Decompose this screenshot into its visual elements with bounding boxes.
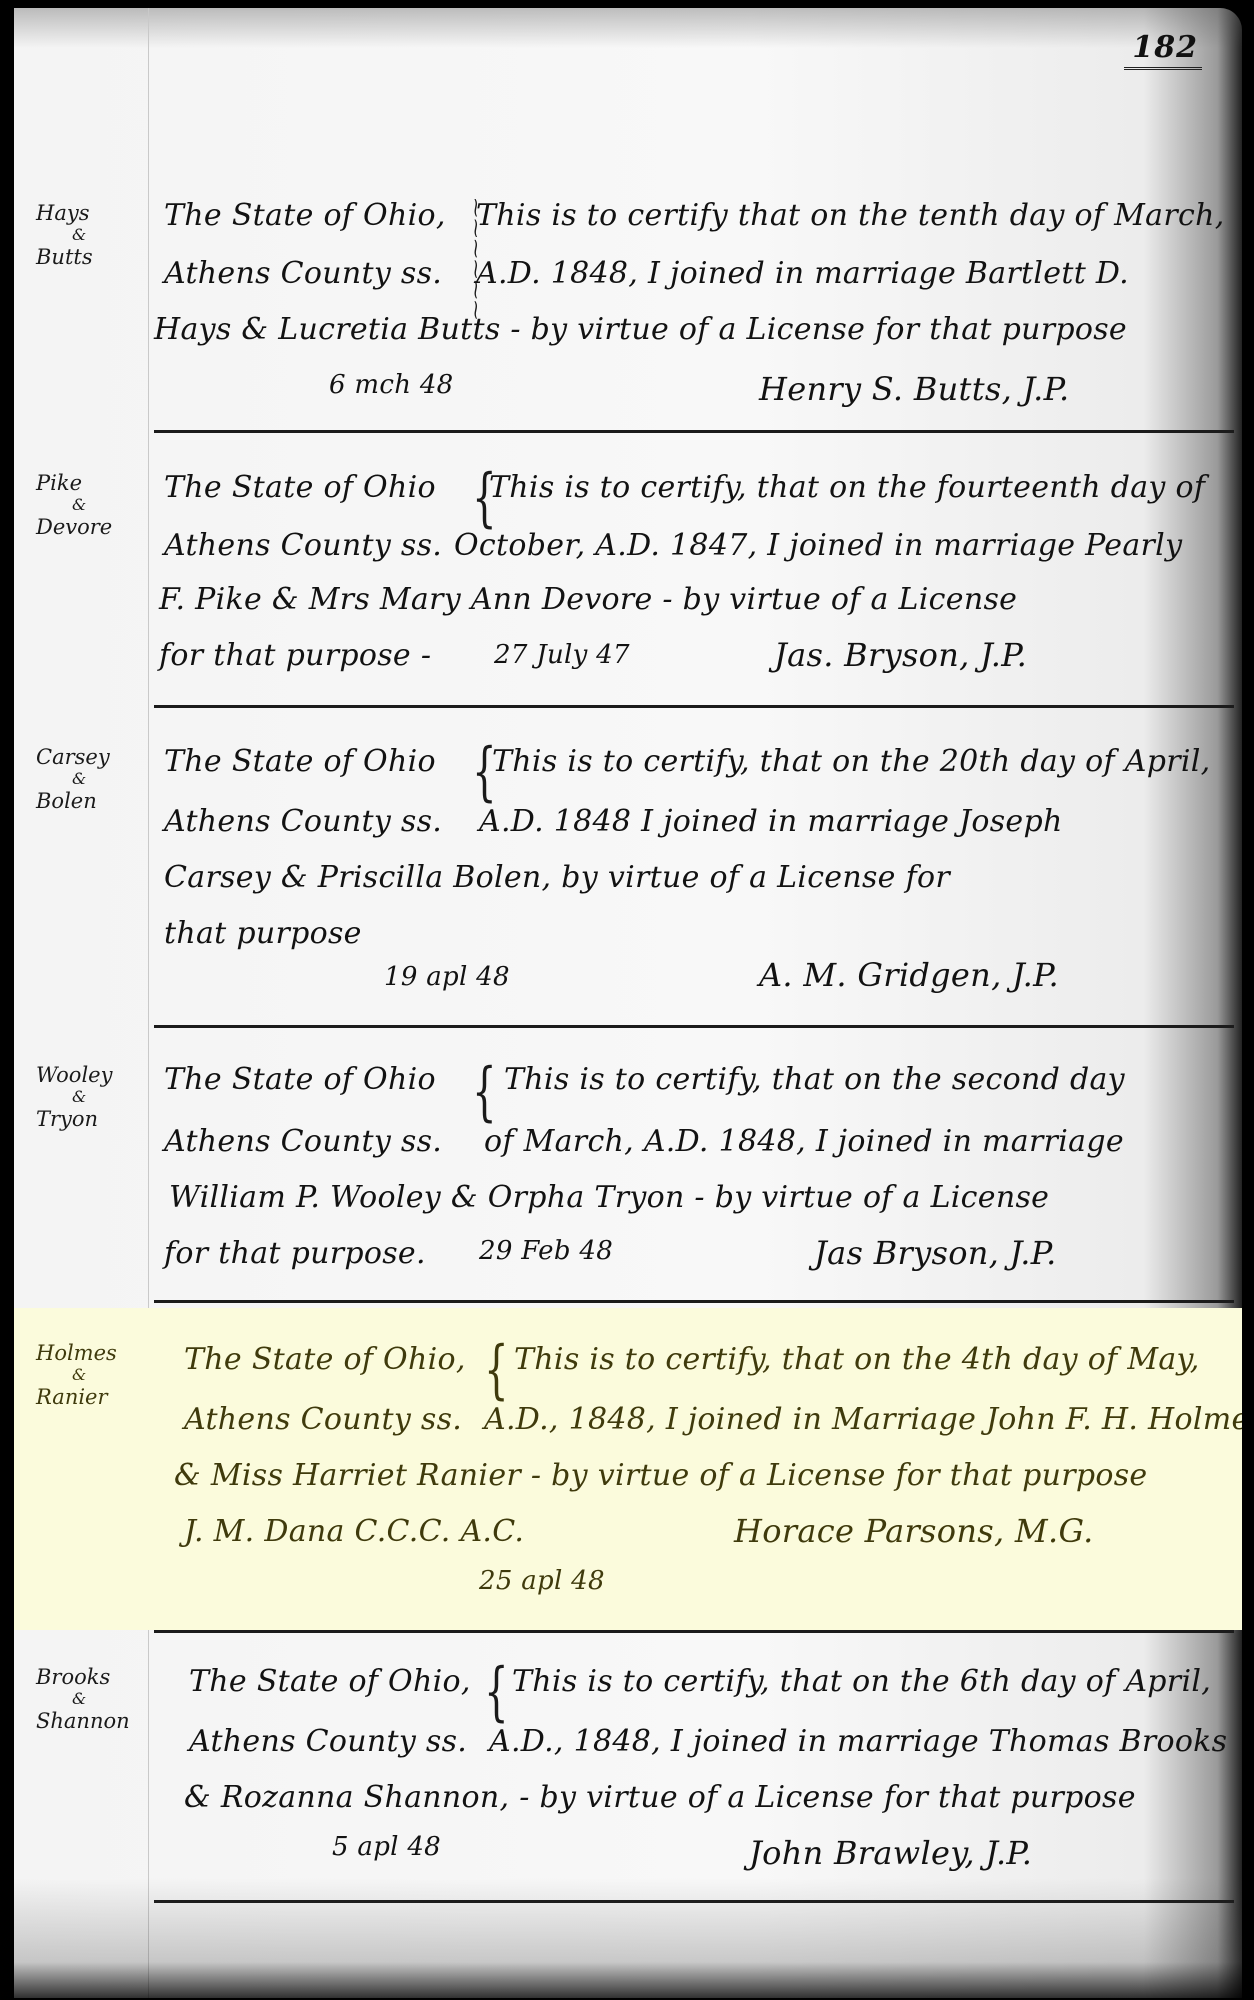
page-number: 182 bbox=[1124, 30, 1202, 70]
clerk-attestation: J. M. Dana C.C.C. A.C. bbox=[184, 1514, 524, 1549]
license-date: 25 apl 48 bbox=[479, 1566, 605, 1596]
margin-surnames: Wooley & Tryon bbox=[36, 1060, 146, 1134]
record-line-2: October, A.D. 1847, I joined in marriage… bbox=[454, 528, 1182, 563]
license-date: 5 apl 48 bbox=[332, 1832, 441, 1862]
ampersand: & bbox=[36, 1090, 146, 1104]
bride-surname: Bolen bbox=[36, 789, 97, 813]
officiant-signature: John Brawley, J.P. bbox=[749, 1834, 1032, 1872]
groom-surname: Hays bbox=[36, 201, 89, 225]
officiant-signature: Henry S. Butts, J.P. bbox=[759, 370, 1069, 408]
record-line-1: This is to certify that on the tenth day… bbox=[476, 198, 1225, 233]
entry-divider bbox=[154, 1300, 1234, 1303]
marriage-record-wooley-tryon: Wooley & Tryon The State of Ohio Athens … bbox=[14, 1038, 1242, 1298]
groom-surname: Carsey bbox=[36, 745, 110, 769]
marriage-record-carsey-bolen: Carsey & Bolen The State of Ohio Athens … bbox=[14, 720, 1242, 1020]
ampersand: & bbox=[36, 1368, 146, 1382]
record-line-3: & Rozanna Shannon, - by virtue of a Lice… bbox=[184, 1780, 1136, 1815]
record-line-1: This is to certify, that on the fourteen… bbox=[489, 470, 1205, 505]
record-line-1: This is to certify, that on the 20th day… bbox=[492, 744, 1210, 779]
record-line-1: This is to certify, that on the second d… bbox=[504, 1062, 1125, 1097]
record-line-2: of March, A.D. 1848, I joined in marriag… bbox=[484, 1124, 1124, 1159]
marriage-record-brooks-shannon: Brooks & Shannon The State of Ohio, Athe… bbox=[14, 1640, 1242, 1890]
groom-surname: Holmes bbox=[36, 1341, 117, 1365]
margin-surnames: Holmes & Ranier bbox=[36, 1338, 146, 1412]
license-date: 29 Feb 48 bbox=[479, 1236, 613, 1266]
margin-surnames: Hays & Butts bbox=[36, 198, 146, 272]
officiant-signature: Jas Bryson, J.P. bbox=[814, 1234, 1057, 1272]
state-line: The State of Ohio bbox=[164, 744, 436, 779]
scan-shadow bbox=[14, 8, 1242, 48]
bride-surname: Devore bbox=[36, 515, 112, 539]
state-line: The State of Ohio bbox=[164, 1062, 436, 1097]
brace-icon: { bbox=[484, 1338, 508, 1402]
bride-surname: Tryon bbox=[36, 1107, 98, 1131]
ledger-page: 182 Hays & Butts The State of Ohio, Athe… bbox=[14, 8, 1242, 1998]
marriage-record-holmes-ranier: Holmes & Ranier The State of Ohio, Athen… bbox=[14, 1308, 1242, 1630]
license-date: 6 mch 48 bbox=[329, 370, 454, 400]
ampersand: & bbox=[36, 498, 146, 512]
groom-surname: Wooley bbox=[36, 1063, 112, 1087]
record-line-4: for that purpose. bbox=[164, 1236, 426, 1271]
record-line-2: A.D., 1848, I joined in marriage Thomas … bbox=[489, 1724, 1227, 1759]
county-line: Athens County ss. bbox=[164, 804, 442, 839]
bride-surname: Ranier bbox=[36, 1385, 108, 1409]
county-line: Athens County ss. bbox=[184, 1402, 462, 1437]
bride-surname: Butts bbox=[36, 245, 93, 269]
margin-surnames: Brooks & Shannon bbox=[36, 1662, 146, 1736]
license-date: 27 July 47 bbox=[494, 640, 630, 670]
brace-icon: { bbox=[472, 1060, 496, 1124]
record-line-4: that purpose bbox=[164, 916, 362, 951]
record-line-2: A.D. 1848 I joined in marriage Joseph bbox=[479, 804, 1063, 839]
record-line-1: This is to certify, that on the 4th day … bbox=[514, 1342, 1200, 1377]
officiant-signature: Jas. Bryson, J.P. bbox=[774, 636, 1027, 674]
officiant-signature: A. M. Gridgen, J.P. bbox=[759, 956, 1059, 994]
margin-surnames: Carsey & Bolen bbox=[36, 742, 146, 816]
state-line: The State of Ohio, bbox=[164, 198, 446, 233]
margin-surnames: Pike & Devore bbox=[36, 468, 146, 542]
record-line-3: Carsey & Priscilla Bolen, by virtue of a… bbox=[164, 860, 950, 895]
license-date: 19 apl 48 bbox=[384, 962, 510, 992]
county-line: Athens County ss. bbox=[164, 1124, 442, 1159]
record-line-3: F. Pike & Mrs Mary Ann Devore - by virtu… bbox=[159, 582, 1017, 617]
county-line: Athens County ss. bbox=[164, 528, 442, 563]
entry-divider bbox=[154, 1900, 1234, 1903]
entry-divider bbox=[154, 1025, 1234, 1028]
groom-surname: Pike bbox=[36, 471, 82, 495]
record-line-2: A.D. 1848, I joined in marriage Bartlett… bbox=[476, 256, 1129, 291]
record-line-1: This is to certify, that on the 6th day … bbox=[512, 1664, 1211, 1699]
bride-surname: Shannon bbox=[36, 1709, 130, 1733]
state-line: The State of Ohio, bbox=[189, 1664, 471, 1699]
officiant-signature: Horace Parsons, M.G. bbox=[734, 1512, 1094, 1550]
state-line: The State of Ohio, bbox=[184, 1342, 466, 1377]
record-line-4: for that purpose - bbox=[159, 638, 431, 673]
record-line-2: A.D., 1848, I joined in Marriage John F.… bbox=[484, 1402, 1242, 1437]
county-line: Athens County ss. bbox=[164, 256, 442, 291]
brace-icon: { bbox=[484, 1660, 508, 1724]
marriage-record-hays-butts: Hays & Butts The State of Ohio, Athens C… bbox=[14, 178, 1242, 428]
state-line: The State of Ohio bbox=[164, 470, 436, 505]
groom-surname: Brooks bbox=[36, 1665, 110, 1689]
county-line: Athens County ss. bbox=[189, 1724, 467, 1759]
record-line-3: William P. Wooley & Orpha Tryon - by vir… bbox=[169, 1180, 1049, 1215]
marriage-record-pike-devore: Pike & Devore The State of Ohio Athens C… bbox=[14, 448, 1242, 698]
entry-divider bbox=[154, 1630, 1234, 1633]
record-line-3: Hays & Lucretia Butts - by virtue of a L… bbox=[154, 312, 1127, 347]
entry-divider bbox=[154, 705, 1234, 708]
record-line-3: & Miss Harriet Ranier - by virtue of a L… bbox=[174, 1458, 1147, 1493]
ampersand: & bbox=[36, 772, 146, 786]
entry-divider bbox=[154, 430, 1234, 433]
ampersand: & bbox=[36, 228, 146, 242]
ampersand: & bbox=[36, 1692, 146, 1706]
